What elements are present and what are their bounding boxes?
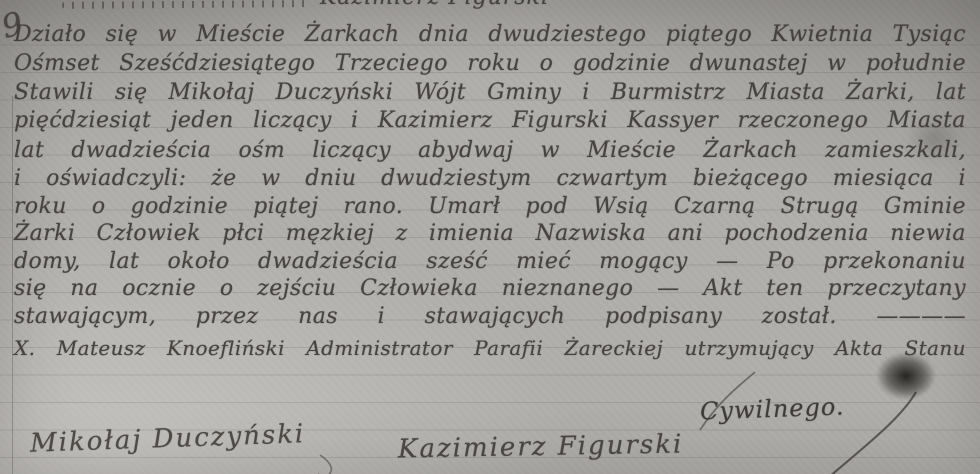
clipped-header-strokes — [62, 0, 310, 9]
manuscript-page: Kazimierz Figurski 9 DziałosięwMieścieŻa… — [0, 0, 980, 474]
left-margin-line — [12, 96, 13, 474]
manuscript-line-10: sięnaocznieozejściuCzłowiekanieznanego—A… — [14, 276, 966, 303]
manuscript-line-5: latdwadzieściaośmliczącyabydwajwMieścieŻ… — [14, 138, 966, 165]
manuscript-line-2: OśmsetSześćdziesiątegoTrzeciegorokuogodz… — [14, 51, 966, 78]
manuscript-line-12: X.MateuszKnoeflińskiAdministratorParafii… — [14, 336, 966, 363]
clipped-header-text: Kazimierz Figurski — [320, 0, 549, 10]
manuscript-line-1: DziałosięwMieścieŻarkachdniadwudziestego… — [14, 22, 966, 49]
registrar-title-continuation: Cywilnego. — [700, 392, 845, 425]
manuscript-line-3: StawilisięMikołajDuczyńskiWójtGminyiBurm… — [14, 80, 966, 107]
paper-smudge — [898, 108, 972, 170]
signature-mikolaj-duczynski: Mikołaj Duczyński — [30, 419, 306, 459]
signature-kazimierz-figurski: Kazimierz Figurski — [398, 430, 684, 465]
ink-blot — [876, 352, 936, 400]
manuscript-line-4: pięćdziesiątjedenliczącyiKazimierzFigurs… — [14, 108, 966, 135]
manuscript-line-6: ioświadczyli:żewdniudwudziestymczwartymb… — [14, 166, 966, 193]
manuscript-line-8: ŻarkiCzłowiekpłcimęzkiejzimieniaNazwiska… — [14, 221, 966, 248]
manuscript-line-9: domy,latokołodwadzieściasześćmiećmogący—… — [14, 249, 966, 276]
manuscript-line-7: rokuogodziniepiątejrano.UmarłpodWsiąCzar… — [14, 194, 966, 221]
manuscript-line-11: stawającym,przeznasistawającychpodpisany… — [14, 304, 966, 331]
